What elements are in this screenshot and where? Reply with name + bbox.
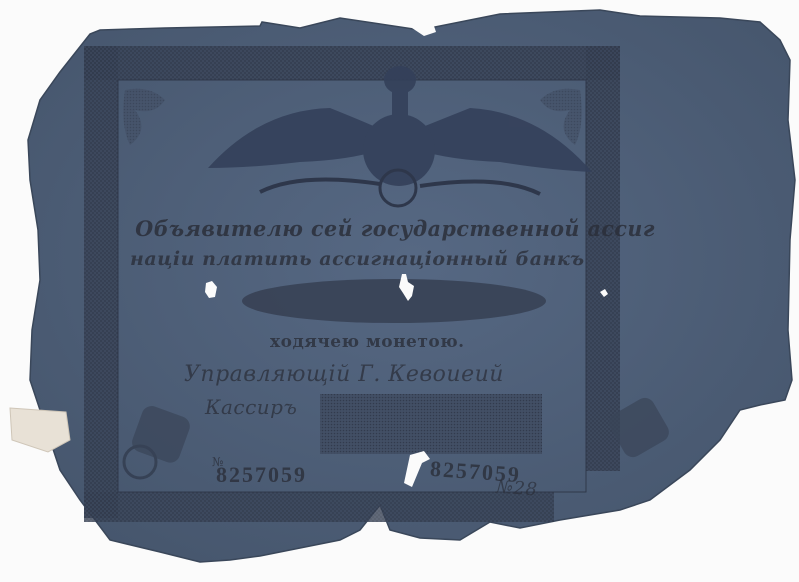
- banknote-text-line1: Объявителю сей государственной ассиг: [135, 216, 655, 241]
- manager-name: Г. Кевоиеий: [358, 362, 504, 387]
- handwritten-numeral: №28: [495, 477, 538, 501]
- banknote-text-line2: націи платить ассигнаціонный банкъ: [130, 248, 585, 270]
- cashier-label: Кассиръ: [205, 395, 297, 419]
- banknote-text-line3: ходячею монетою.: [270, 332, 465, 352]
- cashier-signature-block: [320, 394, 542, 454]
- manager-signature: Управляющій Г. Кевоиеий: [184, 362, 504, 387]
- denomination-block: [242, 279, 546, 323]
- manager-label: Управляющій: [184, 362, 351, 387]
- tape-patch: [10, 408, 70, 452]
- banknote-photo: [0, 0, 799, 582]
- serial-number-left: 8257059: [216, 462, 307, 488]
